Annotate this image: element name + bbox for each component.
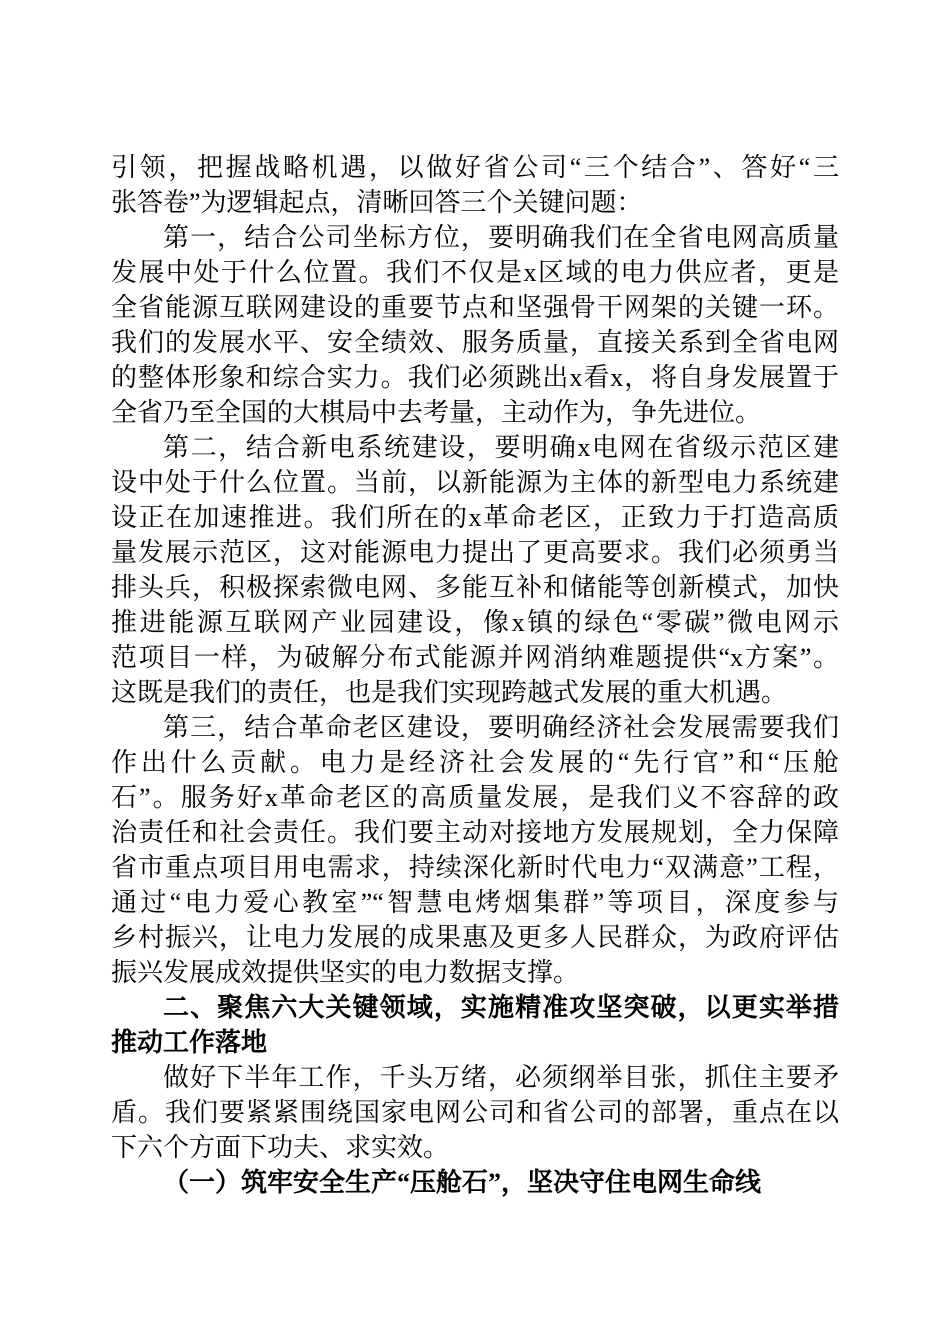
text-line: 推进能源互联网产业园建设，像x镇的绿色“零碳”微电网示 <box>111 605 839 640</box>
section-heading-line: 推动工作落地 <box>111 1025 839 1060</box>
text-line: 振兴发展成效提供坚实的电力数据支撑。 <box>111 955 839 990</box>
text-line: 排头兵，积极探索微电网、多能互补和储能等创新模式，加快 <box>111 570 839 605</box>
document-content: 引领，把握战略机遇，以做好省公司“三个结合”、答好“三张答卷”为逻辑起点，清晰回… <box>111 150 839 1200</box>
text-line: 设正在加速推进。我们所在的x革命老区，正致力于打造高质 <box>111 500 839 535</box>
text-line: 乡村振兴，让电力发展的成果惠及更多人民群众，为政府评估 <box>111 920 839 955</box>
text-line: 量发展示范区，这对能源电力提出了更高要求。我们必须勇当 <box>111 535 839 570</box>
text-line: 第一，结合公司坐标方位，要明确我们在全省电网高质量 <box>111 220 839 255</box>
text-line: 省市重点项目用电需求，持续深化新时代电力“双满意”工程， <box>111 850 839 885</box>
text-line: 范项目一样，为破解分布式能源并网消纳难题提供“x方案”。 <box>111 640 839 675</box>
text-line: 这既是我们的责任，也是我们实现跨越式发展的重大机遇。 <box>111 675 839 710</box>
document-page: 引领，把握战略机遇，以做好省公司“三个结合”、答好“三张答卷”为逻辑起点，清晰回… <box>0 0 950 1344</box>
text-line: 引领，把握战略机遇，以做好省公司“三个结合”、答好“三 <box>111 150 839 185</box>
text-line: 第三，结合革命老区建设，要明确经济社会发展需要我们 <box>111 710 839 745</box>
text-line: 设中处于什么位置。当前，以新能源为主体的新型电力系统建 <box>111 465 839 500</box>
text-line: 石”。服务好x革命老区的高质量发展，是我们义不容辞的政 <box>111 780 839 815</box>
section-heading-line: 二、聚焦六大关键领域，实施精准攻坚突破，以更实举措 <box>111 990 839 1025</box>
text-line: 通过“电力爱心教室”“智慧电烤烟集群”等项目，深度参与 <box>111 885 839 920</box>
text-line: 全省乃至全国的大棋局中去考量，主动作为，争先进位。 <box>111 395 839 430</box>
text-line: 盾。我们要紧紧围绕国家电网公司和省公司的部署，重点在以 <box>111 1095 839 1130</box>
text-line: 全省能源互联网建设的重要节点和坚强骨干网架的关键一环。 <box>111 290 839 325</box>
subsection-heading-line: （一）筑牢安全生产“压舱石”，坚决守住电网生命线 <box>111 1165 839 1200</box>
text-line: 做好下半年工作，千头万绪，必须纲举目张，抓住主要矛 <box>111 1060 839 1095</box>
text-line: 作出什么贡献。电力是经济社会发展的“先行官”和“压舱 <box>111 745 839 780</box>
text-line: 治责任和社会责任。我们要主动对接地方发展规划，全力保障 <box>111 815 839 850</box>
text-line: 第二，结合新电系统建设，要明确x电网在省级示范区建 <box>111 430 839 465</box>
text-line: 下六个方面下功夫、求实效。 <box>111 1130 839 1165</box>
text-line: 的整体形象和综合实力。我们必须跳出x看x，将自身发展置于 <box>111 360 839 395</box>
text-line: 我们的发展水平、安全绩效、服务质量，直接关系到全省电网 <box>111 325 839 360</box>
text-line: 发展中处于什么位置。我们不仅是x区域的电力供应者，更是 <box>111 255 839 290</box>
text-line: 张答卷”为逻辑起点，清晰回答三个关键问题： <box>111 185 839 220</box>
